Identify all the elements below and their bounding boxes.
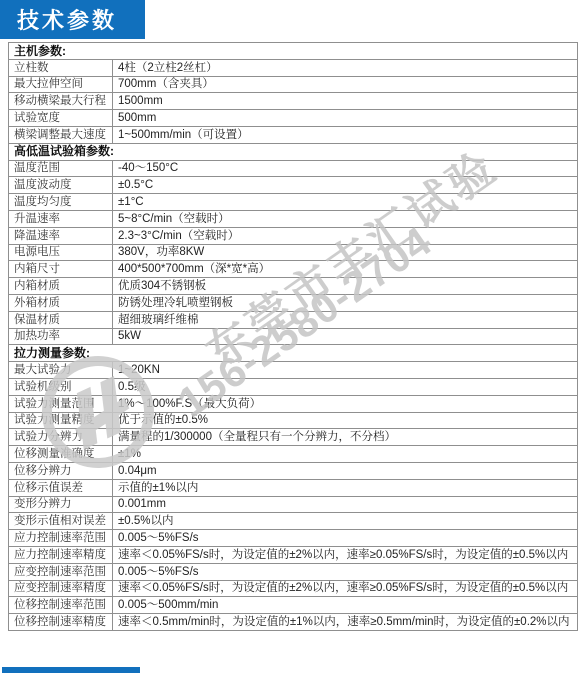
param-value: 速率＜0.5mm/min时，为设定值的±1%以内，速率≥0.5mm/min时，为…	[113, 614, 578, 631]
param-label: 横梁调整最大速度	[9, 126, 113, 143]
section-header-row: 主机参数:	[9, 43, 578, 60]
param-value: 速率＜0.05%FS/s时，为设定值的±2%以内，速率≥0.05%FS/s时，为…	[113, 546, 578, 563]
table-row: 试验力测量范围1%～100%F.S（最大负荷）	[9, 395, 578, 412]
param-label: 温度均匀度	[9, 194, 113, 211]
param-value: 0.005～5%FS/s	[113, 530, 578, 547]
param-label: 保温材质	[9, 311, 113, 328]
param-value: 优于示值的±0.5%	[113, 412, 578, 429]
param-value: 满量程的1/300000（全量程只有一个分辨力，不分档）	[113, 429, 578, 446]
param-value: 5kW	[113, 328, 578, 345]
table-row: 试验机级别0.5级	[9, 378, 578, 395]
section-header-row: 拉力测量参数:	[9, 345, 578, 362]
next-section-header-partial	[2, 667, 140, 673]
spec-table: 主机参数:立柱数4柱（2立柱2丝杠）最大拉伸空间700mm（含夹具）移动横梁最大…	[8, 42, 578, 631]
param-label: 移动横梁最大行程	[9, 93, 113, 110]
table-row: 升温速率5~8°C/min（空载时）	[9, 210, 578, 227]
param-label: 应力控制速率精度	[9, 546, 113, 563]
param-value: ±1%	[113, 446, 578, 463]
table-row: 温度波动度±0.5°C	[9, 177, 578, 194]
table-row: 保温材质超细玻璃纤维棉	[9, 311, 578, 328]
param-value: 380V，功率8KW	[113, 244, 578, 261]
param-value: 0.005～5%FS/s	[113, 563, 578, 580]
param-label: 位移示值误差	[9, 479, 113, 496]
param-label: 升温速率	[9, 210, 113, 227]
param-value: ±0.5%以内	[113, 513, 578, 530]
table-row: 试验力测量精度优于示值的±0.5%	[9, 412, 578, 429]
table-row: 位移控制速率精度速率＜0.5mm/min时，为设定值的±1%以内，速率≥0.5m…	[9, 614, 578, 631]
param-value: -40～150°C	[113, 160, 578, 177]
table-row: 温度范围-40～150°C	[9, 160, 578, 177]
param-value: 400*500*700mm（深*宽*高）	[113, 261, 578, 278]
table-row: 位移示值误差示值的±1%以内	[9, 479, 578, 496]
param-value: 1%～100%F.S（最大负荷）	[113, 395, 578, 412]
param-value: 500mm	[113, 110, 578, 127]
param-label: 试验力测量范围	[9, 395, 113, 412]
table-row: 立柱数4柱（2立柱2丝杠）	[9, 59, 578, 76]
param-value: 0.04μm	[113, 462, 578, 479]
param-value: 示值的±1%以内	[113, 479, 578, 496]
table-row: 降温速率2.3~3°C/min（空载时）	[9, 227, 578, 244]
param-label: 最大试验力	[9, 362, 113, 379]
page-title-text: 技术参数	[17, 4, 117, 35]
param-label: 应变控制速率精度	[9, 580, 113, 597]
param-value: 防锈处理冷轧喷塑钢板	[113, 294, 578, 311]
param-label: 温度波动度	[9, 177, 113, 194]
param-label: 最大拉伸空间	[9, 76, 113, 93]
section-title: 拉力测量参数:	[9, 345, 578, 362]
param-value: ±1°C	[113, 194, 578, 211]
param-value: 0.001mm	[113, 496, 578, 513]
param-label: 内箱材质	[9, 278, 113, 295]
section-header-row: 高低温试验箱参数:	[9, 143, 578, 160]
table-row: 横梁调整最大速度1~500mm/min（可设置）	[9, 126, 578, 143]
param-value: 0.005～500mm/min	[113, 597, 578, 614]
param-label: 试验宽度	[9, 110, 113, 127]
table-row: 电源电压380V，功率8KW	[9, 244, 578, 261]
table-row: 内箱材质优质304不锈钢板	[9, 278, 578, 295]
param-label: 温度范围	[9, 160, 113, 177]
param-value: 1~20KN	[113, 362, 578, 379]
section-title: 高低温试验箱参数:	[9, 143, 578, 160]
param-value: 2.3~3°C/min（空载时）	[113, 227, 578, 244]
table-row: 外箱材质防锈处理冷轧喷塑钢板	[9, 294, 578, 311]
param-value: 1~500mm/min（可设置）	[113, 126, 578, 143]
param-label: 应力控制速率范围	[9, 530, 113, 547]
table-row: 移动横梁最大行程1500mm	[9, 93, 578, 110]
param-label: 位移测量准确度	[9, 446, 113, 463]
table-row: 最大拉伸空间700mm（含夹具）	[9, 76, 578, 93]
table-row: 应变控制速率精度速率＜0.05%FS/s时，为设定值的±2%以内，速率≥0.05…	[9, 580, 578, 597]
param-value: 1500mm	[113, 93, 578, 110]
table-row: 应变控制速率范围0.005～5%FS/s	[9, 563, 578, 580]
param-label: 立柱数	[9, 59, 113, 76]
param-value: 0.5级	[113, 378, 578, 395]
param-label: 位移分辨力	[9, 462, 113, 479]
table-row: 变形示值相对误差±0.5%以内	[9, 513, 578, 530]
param-value: 优质304不锈钢板	[113, 278, 578, 295]
table-row: 最大试验力1~20KN	[9, 362, 578, 379]
param-label: 应变控制速率范围	[9, 563, 113, 580]
param-label: 试验力测量精度	[9, 412, 113, 429]
param-value: 700mm（含夹具）	[113, 76, 578, 93]
spec-table-body: 主机参数:立柱数4柱（2立柱2丝杠）最大拉伸空间700mm（含夹具）移动横梁最大…	[9, 43, 578, 631]
table-row: 试验宽度500mm	[9, 110, 578, 127]
param-value: 超细玻璃纤维棉	[113, 311, 578, 328]
table-row: 温度均匀度±1°C	[9, 194, 578, 211]
table-row: 位移测量准确度±1%	[9, 446, 578, 463]
table-row: 应力控制速率精度速率＜0.05%FS/s时，为设定值的±2%以内，速率≥0.05…	[9, 546, 578, 563]
param-value: 4柱（2立柱2丝杠）	[113, 59, 578, 76]
table-row: 位移控制速率范围0.005～500mm/min	[9, 597, 578, 614]
param-value: ±0.5°C	[113, 177, 578, 194]
param-label: 试验机级别	[9, 378, 113, 395]
page-title: 技术参数	[0, 0, 145, 39]
param-label: 位移控制速率范围	[9, 597, 113, 614]
param-label: 电源电压	[9, 244, 113, 261]
param-label: 试验力分辨力	[9, 429, 113, 446]
table-row: 应力控制速率范围0.005～5%FS/s	[9, 530, 578, 547]
param-value: 5~8°C/min（空载时）	[113, 210, 578, 227]
param-label: 外箱材质	[9, 294, 113, 311]
param-label: 变形示值相对误差	[9, 513, 113, 530]
param-value: 速率＜0.05%FS/s时，为设定值的±2%以内，速率≥0.05%FS/s时，为…	[113, 580, 578, 597]
param-label: 加热功率	[9, 328, 113, 345]
table-row: 变形分辨力0.001mm	[9, 496, 578, 513]
param-label: 位移控制速率精度	[9, 614, 113, 631]
table-row: 试验力分辨力满量程的1/300000（全量程只有一个分辨力，不分档）	[9, 429, 578, 446]
param-label: 内箱尺寸	[9, 261, 113, 278]
section-title: 主机参数:	[9, 43, 578, 60]
table-row: 加热功率5kW	[9, 328, 578, 345]
param-label: 降温速率	[9, 227, 113, 244]
table-row: 位移分辨力0.04μm	[9, 462, 578, 479]
param-label: 变形分辨力	[9, 496, 113, 513]
table-row: 内箱尺寸400*500*700mm（深*宽*高）	[9, 261, 578, 278]
